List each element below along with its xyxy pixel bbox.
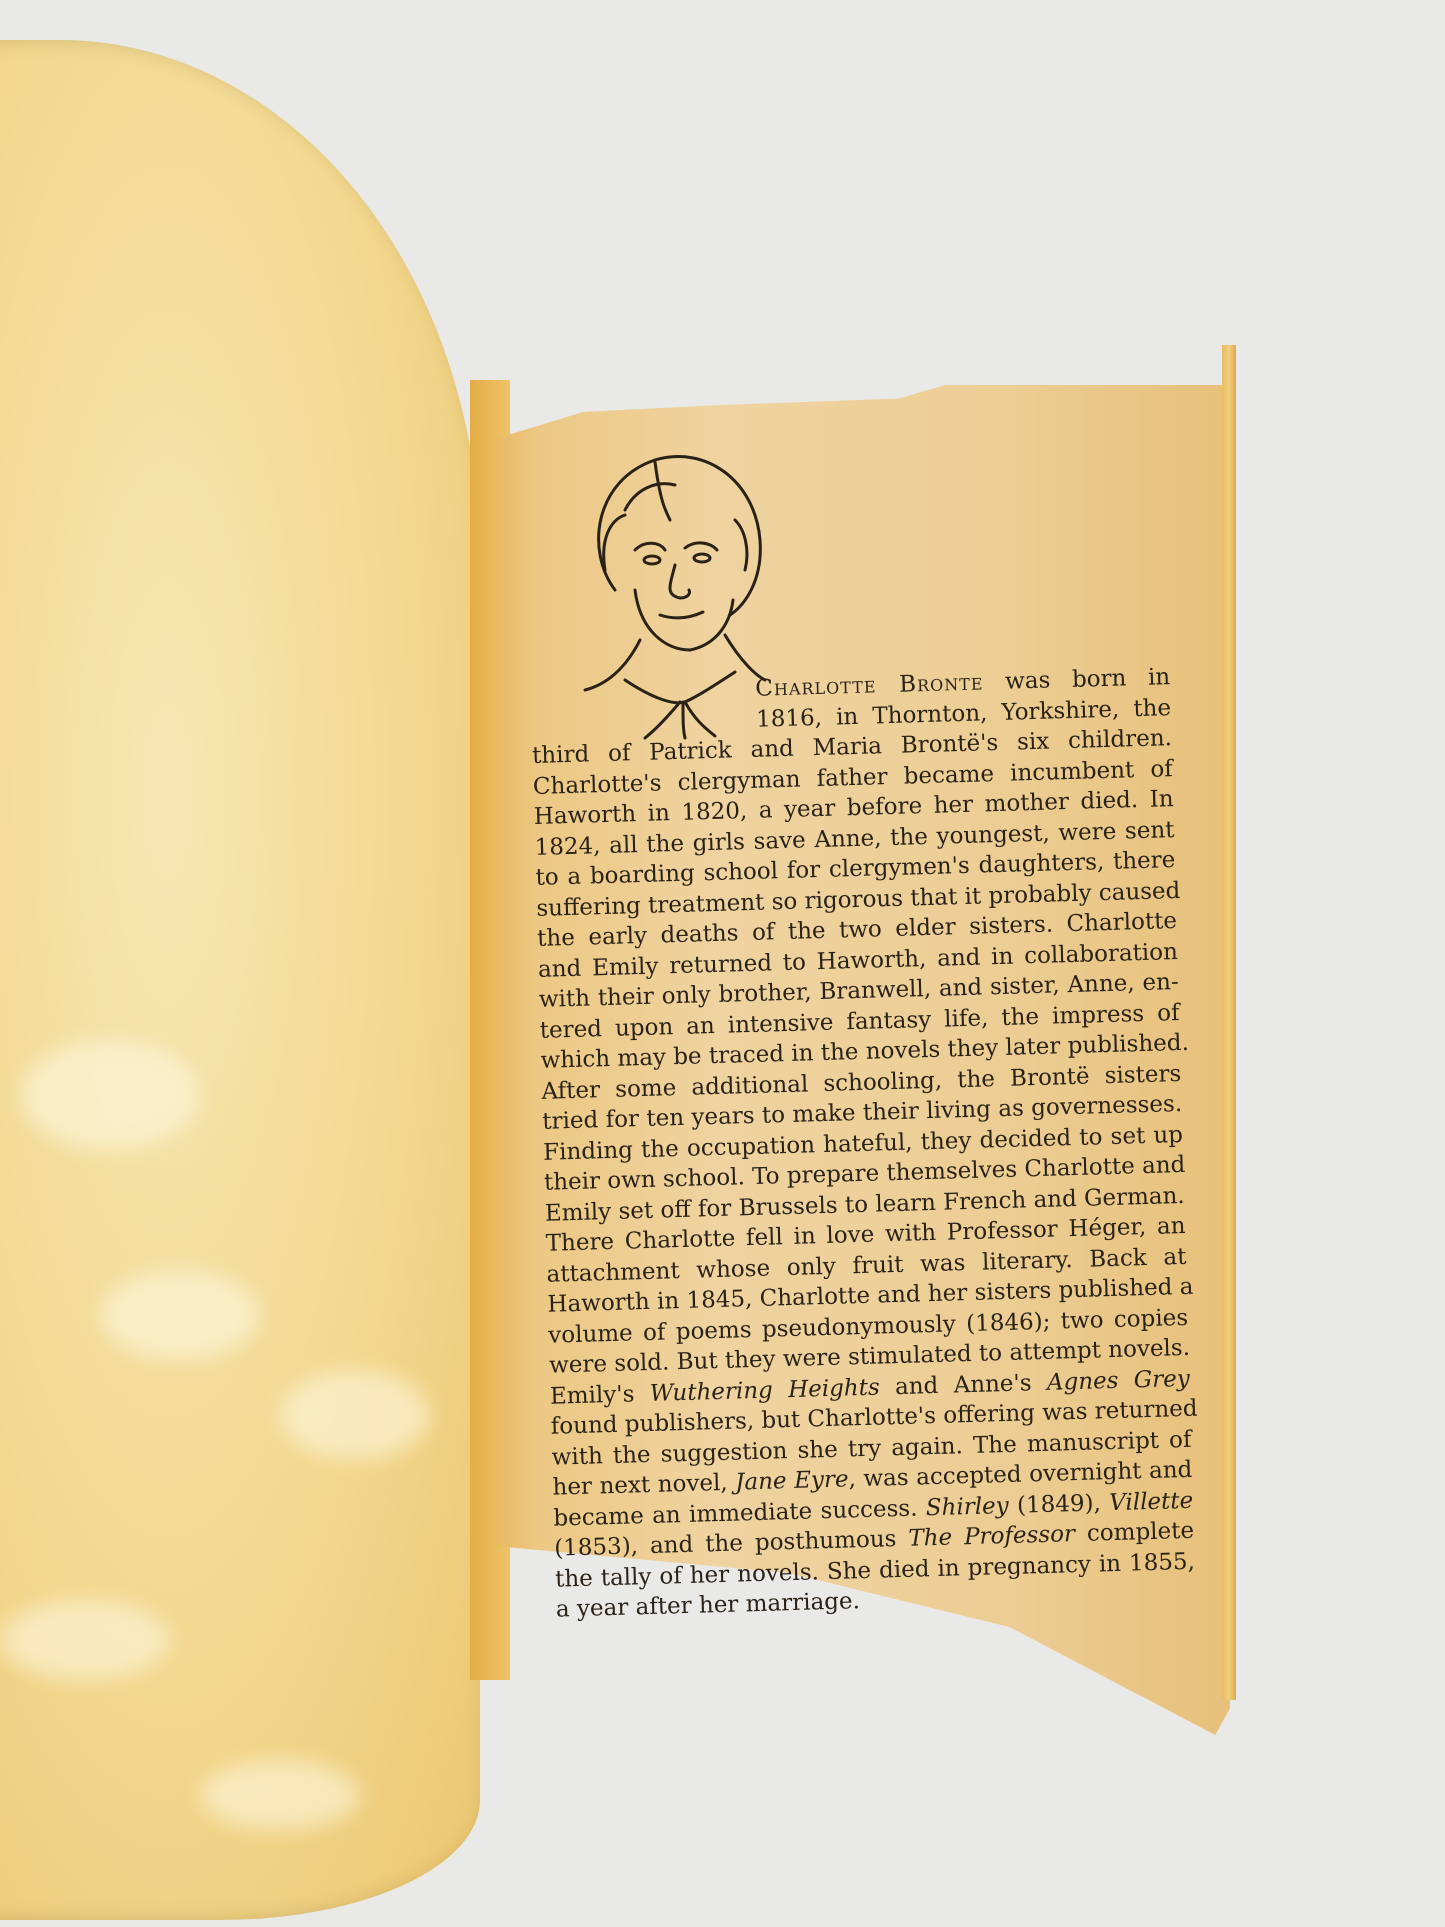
left-page [0, 40, 480, 1920]
photo-scene: Charlotte Bronte was born in 1816, in Th… [0, 0, 1445, 1927]
page-edge [1222, 345, 1236, 1700]
author-biography: Charlotte Bronte was born in 1816, in Th… [530, 662, 1196, 1625]
